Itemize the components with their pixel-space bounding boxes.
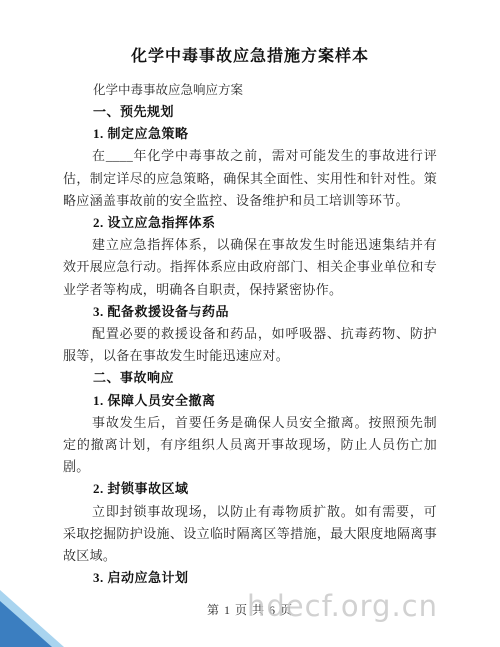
section-heading-1: 一、预先规划 xyxy=(63,101,437,123)
corner-triangle-dark-icon xyxy=(0,601,52,647)
paragraph-2-1: 事故发生后，首要任务是确保人员安全撤离。按照预先制定的撤离计划，有序组织人员离开… xyxy=(63,412,437,479)
doc-subtitle: 化学中毒事故应急响应方案 xyxy=(63,79,437,101)
item-heading-2-2: 2. 封锁事故区域 xyxy=(63,478,437,500)
corner-ribbon xyxy=(0,590,64,647)
item-heading-1-1: 1. 制定应急策略 xyxy=(63,123,437,145)
document-page: 化学中毒事故应急措施方案样本 化学中毒事故应急响应方案 一、预先规划 1. 制定… xyxy=(0,0,500,589)
item-heading-2-1: 1. 保障人员安全撤离 xyxy=(63,390,437,412)
paragraph-1-3: 配置必要的救援设备和药品，如呼吸器、抗毒药物、防护服等，以备在事故发生时能迅速应… xyxy=(63,323,437,367)
item-heading-1-2: 2. 设立应急指挥体系 xyxy=(63,212,437,234)
paragraph-1-2: 建立应急指挥体系，以确保在事故发生时能迅速集结并有效开展应急行动。指挥体系应由政… xyxy=(63,234,437,301)
paragraph-2-2: 立即封锁事故现场，以防止有毒物质扩散。如有需要，可采取挖掘防护设施、设立临时隔离… xyxy=(63,501,437,568)
page-title: 化学中毒事故应急措施方案样本 xyxy=(63,46,437,68)
item-heading-1-3: 3. 配备救援设备与药品 xyxy=(63,301,437,323)
section-heading-2: 二、事故响应 xyxy=(63,367,437,389)
item-heading-2-3: 3. 启动应急计划 xyxy=(63,567,437,589)
paragraph-1-1: 在____年化学中毒事故之前，需对可能发生的事故进行评估，制定详尽的应急策略，确… xyxy=(63,145,437,212)
site-watermark-text: hdecf.org.cn xyxy=(247,589,438,623)
